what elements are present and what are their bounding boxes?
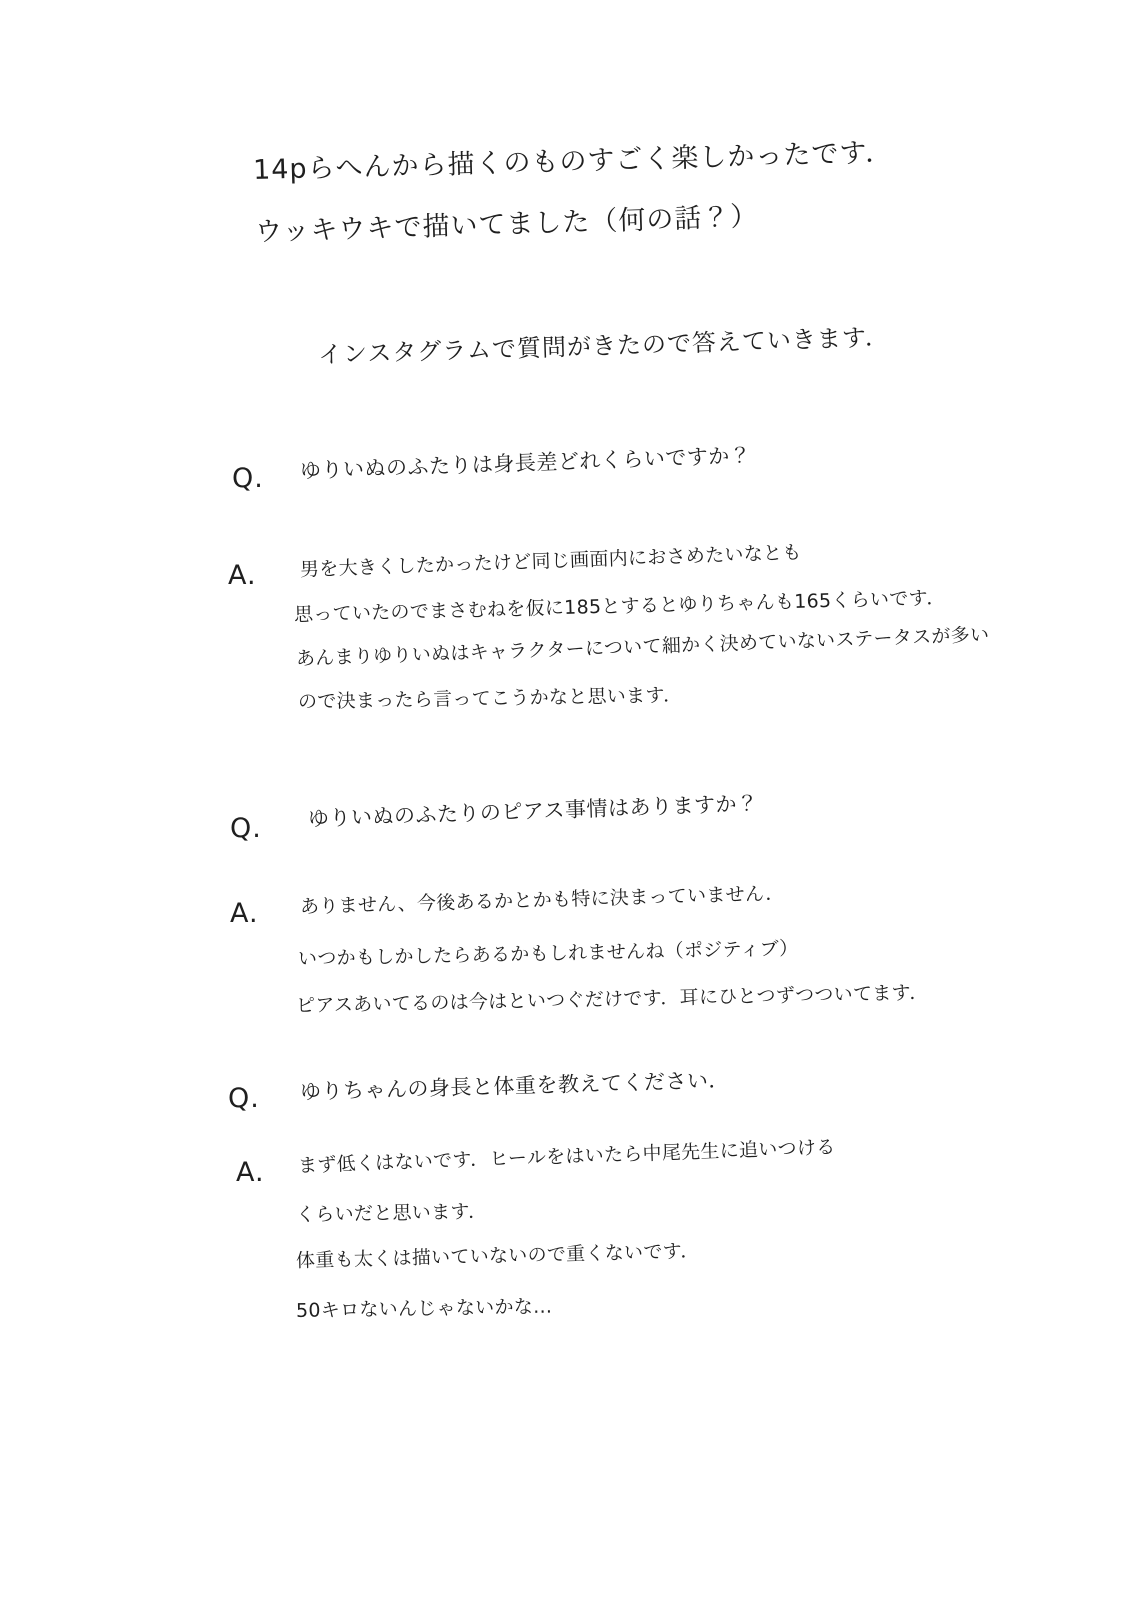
answer-2-line-3: ピアスあいてるのは今はといつぐだけです．耳にひとつずつついてます． (296, 978, 929, 1018)
question-1-text: ゆりいぬのふたりは身長差どれくらいですか？ (299, 439, 751, 485)
question-1-label: Q. (232, 463, 264, 494)
handwritten-afterword-page: 14pらへんから描くのものすごく楽しかったです． ウッキウキで描いてました（何の… (0, 0, 1125, 1600)
question-3-label: Q. (228, 1083, 260, 1114)
answer-1-line-4: ので決まったら言ってこうかなと思います． (298, 680, 683, 714)
answer-3-label: A. (236, 1157, 265, 1188)
answer-3-line-3: 体重も太くは描いていないので重くないです． (296, 1236, 700, 1273)
answer-3-line-1: まず低くはないです．ヒールをはいたら中尾先生に追いつける (298, 1132, 836, 1178)
answer-3-line-2: くらいだと思います． (296, 1197, 488, 1227)
answer-1-line-1: 男を大きくしたかったけど同じ画面内におさめたいなとも (300, 537, 802, 581)
answer-1-line-3: あんまりゆりいぬはキャラクターについて細かく決めていないステータスが多い (296, 620, 990, 671)
answer-2-label: A. (230, 898, 259, 929)
question-2-text: ゆりいぬのふたりのピアス事情はありますか？ (307, 787, 758, 833)
question-2-label: Q. (230, 813, 262, 844)
answer-2-line-1: ありません、今後あるかとかも特に決まっていません． (300, 878, 785, 919)
question-3-text: ゆりちゃんの身長と体重を教えてください． (300, 1064, 731, 1106)
answer-2-line-2: いつかもしかしたらあるかもしれませんね（ポジティブ） (298, 934, 799, 971)
announcement-line: インスタグラムで質問がきたので答えていきます． (317, 317, 890, 370)
answer-1-label: A. (228, 560, 257, 591)
answer-1-line-2: 思っていたのでまさむねを仮に185とするとゆりちゃんも165くらいです． (294, 583, 946, 627)
intro-line-1: 14pらへんから描くのものすごく楽しかったです． (252, 130, 893, 187)
answer-3-line-4: 50キロないんじゃないかな… (296, 1292, 553, 1323)
intro-line-2: ウッキウキで描いてました（何の話？） (254, 194, 758, 249)
